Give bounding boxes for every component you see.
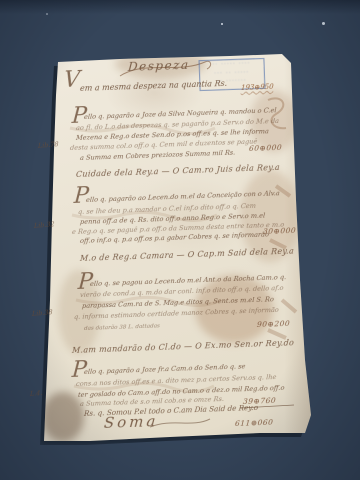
total-value: 611⊕060 [235,418,274,428]
folio-number: 193⊕950 [241,83,274,92]
stamp-text-line: ·· ····· ···· [200,61,264,70]
opening-initial: V [63,67,81,93]
sum-label: Soma [103,412,159,432]
subtotal-value: 39⊕760 [243,396,277,406]
stamp-text-line: ··· ·· ····· [200,69,264,78]
amount-value: 60⊕000 [249,143,283,153]
amount-value: 30⊕000 [263,226,297,236]
page-title: Despeza [128,58,191,74]
amount-value: 90⊕200 [257,319,291,329]
manuscript-photo: ·· ····· ···· ··· ·· ····· ·· ······· De… [0,0,360,480]
marginal-note: L.4. [30,389,42,398]
